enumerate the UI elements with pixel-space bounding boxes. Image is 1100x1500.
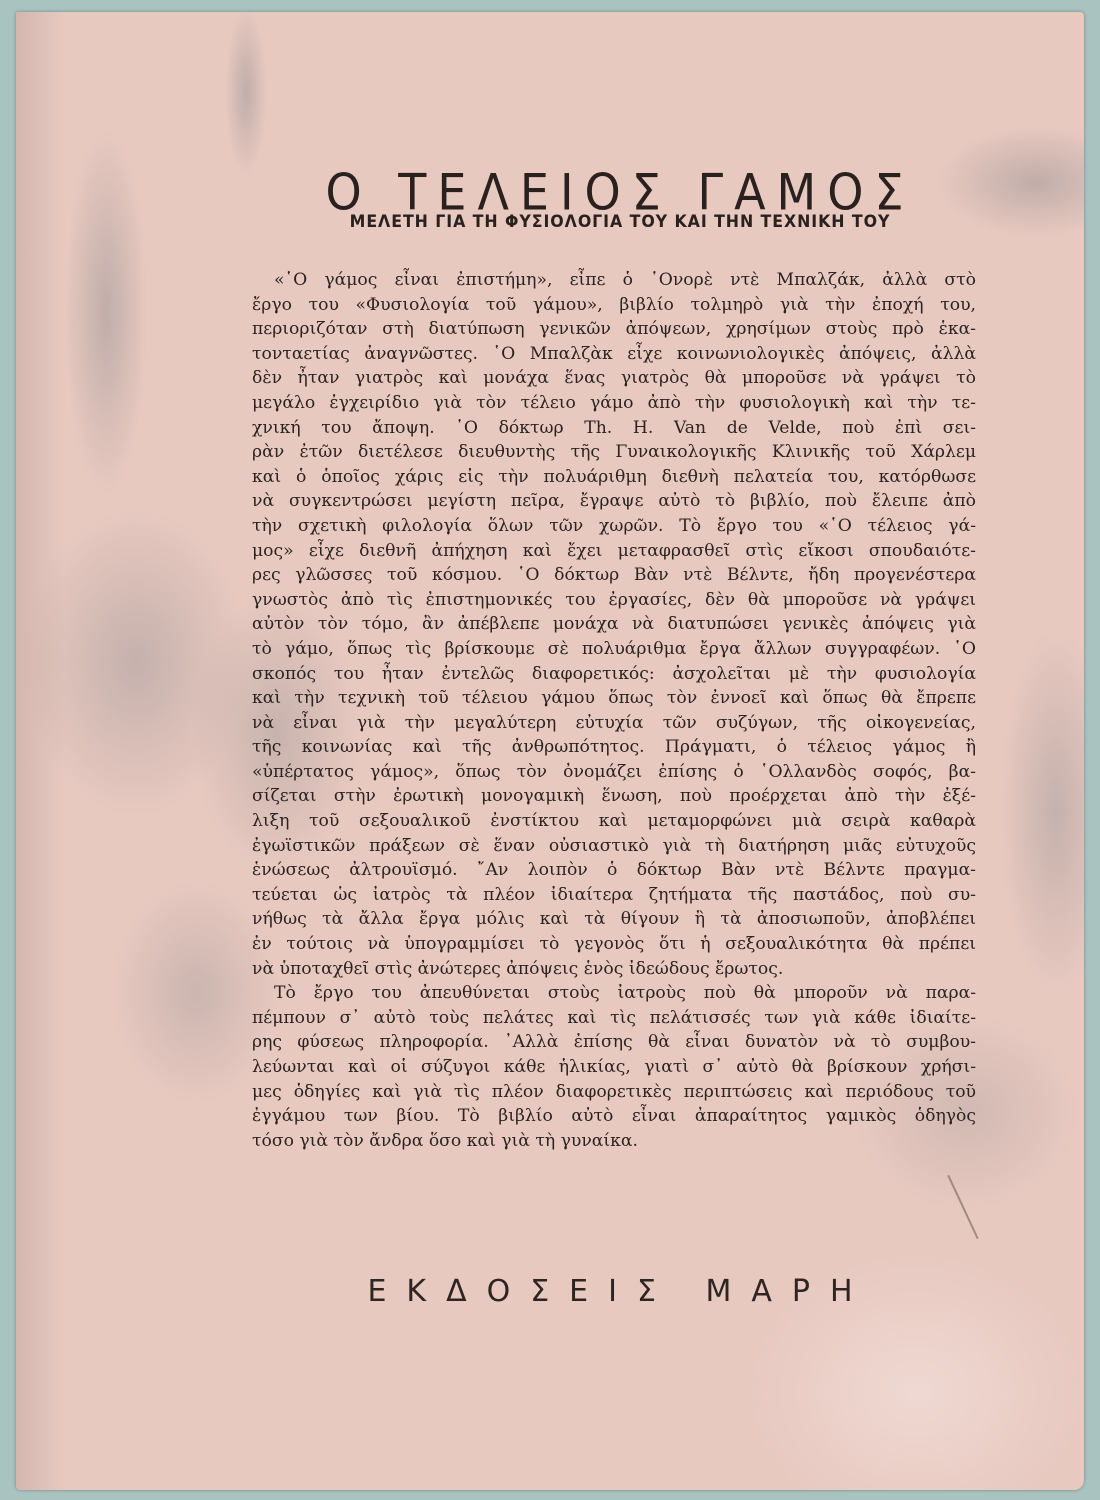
text-line: ἐγωϊστικῶν πράξεων σὲ ἕναν οὐσιαστικὸ γι… <box>252 834 976 859</box>
text-line: ἔργο του «Φυσιολογία τοῦ γάμου», βιβλίο … <box>252 293 976 318</box>
text-line: χνική του ἄποψη. ῾Ο δόκτωρ Th. H. Van de… <box>252 416 976 441</box>
text-line: ἐγγάμου των βίου. Τὸ βιβλίο αὐτὸ εἶναι ἀ… <box>252 1104 976 1129</box>
text-line: μος» εἶχε διεθνῆ ἀπήχηση καὶ ἔχει μεταφρ… <box>252 539 976 564</box>
text-line: σκοπός του ἦταν ἐντελῶς διαφορετικός: ἀσ… <box>252 662 976 687</box>
text-line: καὶ ὁ ὁποῖος χάρις εἰς τὴν πολυάριθμη δι… <box>252 465 976 490</box>
text-line: ρες γλῶσσες τοῦ κόσμου. ῾Ο δόκτωρ Βὰν ντ… <box>252 563 976 588</box>
paper-crease <box>947 1175 978 1239</box>
text-line: Τὸ ἔργο του ἀπευθύνεται στοὺς ἰατροὺς πο… <box>252 981 976 1006</box>
text-line: λεύωνται καὶ οἱ σύζυγοι κάθε ἡλικίας, γι… <box>252 1055 976 1080</box>
text-line: πέμπουν σ᾽ αὐτὸ τοὺς πελάτες καὶ τὶς πελ… <box>252 1006 976 1031</box>
text-line: ἐν τούτοις νὰ ὑπογραμμίσει τὸ γεγονὸς ὅτ… <box>252 932 976 957</box>
publisher-name: ΕΚΔΟΣΕΙΣ ΜΑΡΗ <box>250 1274 990 1309</box>
text-line: καὶ τὴν τεχνικὴ τοῦ τέλειου γάμου ὅπως τ… <box>252 686 976 711</box>
blurb-paragraph-1: «῾Ο γάμος εἶναι ἐπιστήμη», εἶπε ὁ ῾Ονορὲ… <box>252 268 976 981</box>
text-line: «ὑπέρτατος γάμος», ὅπως τὸν ὀνομάζει ἐπί… <box>252 760 976 785</box>
blurb-text: «῾Ο γάμος εἶναι ἐπιστήμη», εἶπε ὁ ῾Ονορὲ… <box>252 268 976 1153</box>
text-line: τεύεται ὡς ἰατρὸς τὰ πλέον ἰδιαίτερα ζητ… <box>252 883 976 908</box>
text-line: δὲν ἦταν γιατρὸς καὶ μονάχα ἕνας γιατρὸς… <box>252 366 976 391</box>
text-line: σίζεται στὴν ἐρωτικὴ μονογαμικὴ ἕνωση, π… <box>252 784 976 809</box>
text-line: μες ὁδηγίες καὶ γιὰ τὶς πλέον διαφορετικ… <box>252 1080 976 1105</box>
text-line: νήθως τὰ ἄλλα ἔργα μόλις καὶ τὰ θίγουν ἢ… <box>252 907 976 932</box>
text-line: λιξη τοῦ σεξουαλικοῦ ἐνστίκτου καὶ μεταμ… <box>252 809 976 834</box>
text-line: τὸ γάμο, ὅπως τὶς βρίσκουμε σὲ πολυάριθμ… <box>252 637 976 662</box>
text-line: τονταετίας ἀναγνῶστες. ῾Ο Μπαλζὰκ εἶχε κ… <box>252 342 976 367</box>
book-back-cover: Ο ΤΕΛΕΙΟΣ ΓΑΜΟΣ ΜΕΛΕΤΗ ΓΙΑ ΤΗ ΦΥΣΙΟΛΟΓΙΑ… <box>16 12 1084 1490</box>
text-line: γνωστὸς ἀπὸ τὶς ἐπιστημονικές του ἐργασί… <box>252 588 976 613</box>
text-line: «῾Ο γάμος εἶναι ἐπιστήμη», εἶπε ὁ ῾Ονορὲ… <box>252 268 976 293</box>
text-line: ρης φύσεως πληροφορία. ᾿Αλλὰ ἐπίσης θὰ ε… <box>252 1030 976 1055</box>
text-line: νὰ ὑποταχθεῖ στὶς ἀνώτερες ἀπόψεις ἑνὸς … <box>252 957 976 982</box>
book-subtitle: ΜΕΛΕΤΗ ΓΙΑ ΤΗ ΦΥΣΙΟΛΟΓΙΑ ΤΟΥ ΚΑΙ ΤΗΝ ΤΕΧ… <box>276 212 964 232</box>
text-line: τῆς κοινωνίας καὶ τῆς ἀνθρωπότητος. Πράγ… <box>252 735 976 760</box>
text-line: μεγάλο ἐγχειρίδιο γιὰ τὸν τέλειο γάμο ἀπ… <box>252 391 976 416</box>
text-line: τὴν σχετικὴ φιλολογία ὅλων τῶν χωρῶν. Τὸ… <box>252 514 976 539</box>
text-line: αὐτὸν τὸν τόμο, ἂν ἀπέβλεπε μονάχα νὰ δι… <box>252 612 976 637</box>
blurb-paragraph-2: Τὸ ἔργο του ἀπευθύνεται στοὺς ἰατροὺς πο… <box>252 981 976 1153</box>
text-line: ρὰν ἐτῶν διετέλεσε διευθυντὴς τῆς Γυναικ… <box>252 440 976 465</box>
text-line: νὰ συγκεντρώσει μεγίστη πεῖρα, ἔγραψε αὐ… <box>252 489 976 514</box>
spine-shadow <box>16 12 66 1490</box>
text-line: νὰ εἶναι γιὰ τὴν μεγαλύτερη εὐτυχία τῶν … <box>252 711 976 736</box>
text-line: τόσο γιὰ τὸν ἄνδρα ὅσο καὶ γιὰ τὴ γυναίκ… <box>252 1129 976 1154</box>
text-line: περιοριζόταν στὴ διατύπωση γενικῶν ἀπόψε… <box>252 317 976 342</box>
text-line: ἑνώσεως ἀλτρουϊσμό. ῎Αν λοιπὸν ὁ δόκτωρ … <box>252 858 976 883</box>
